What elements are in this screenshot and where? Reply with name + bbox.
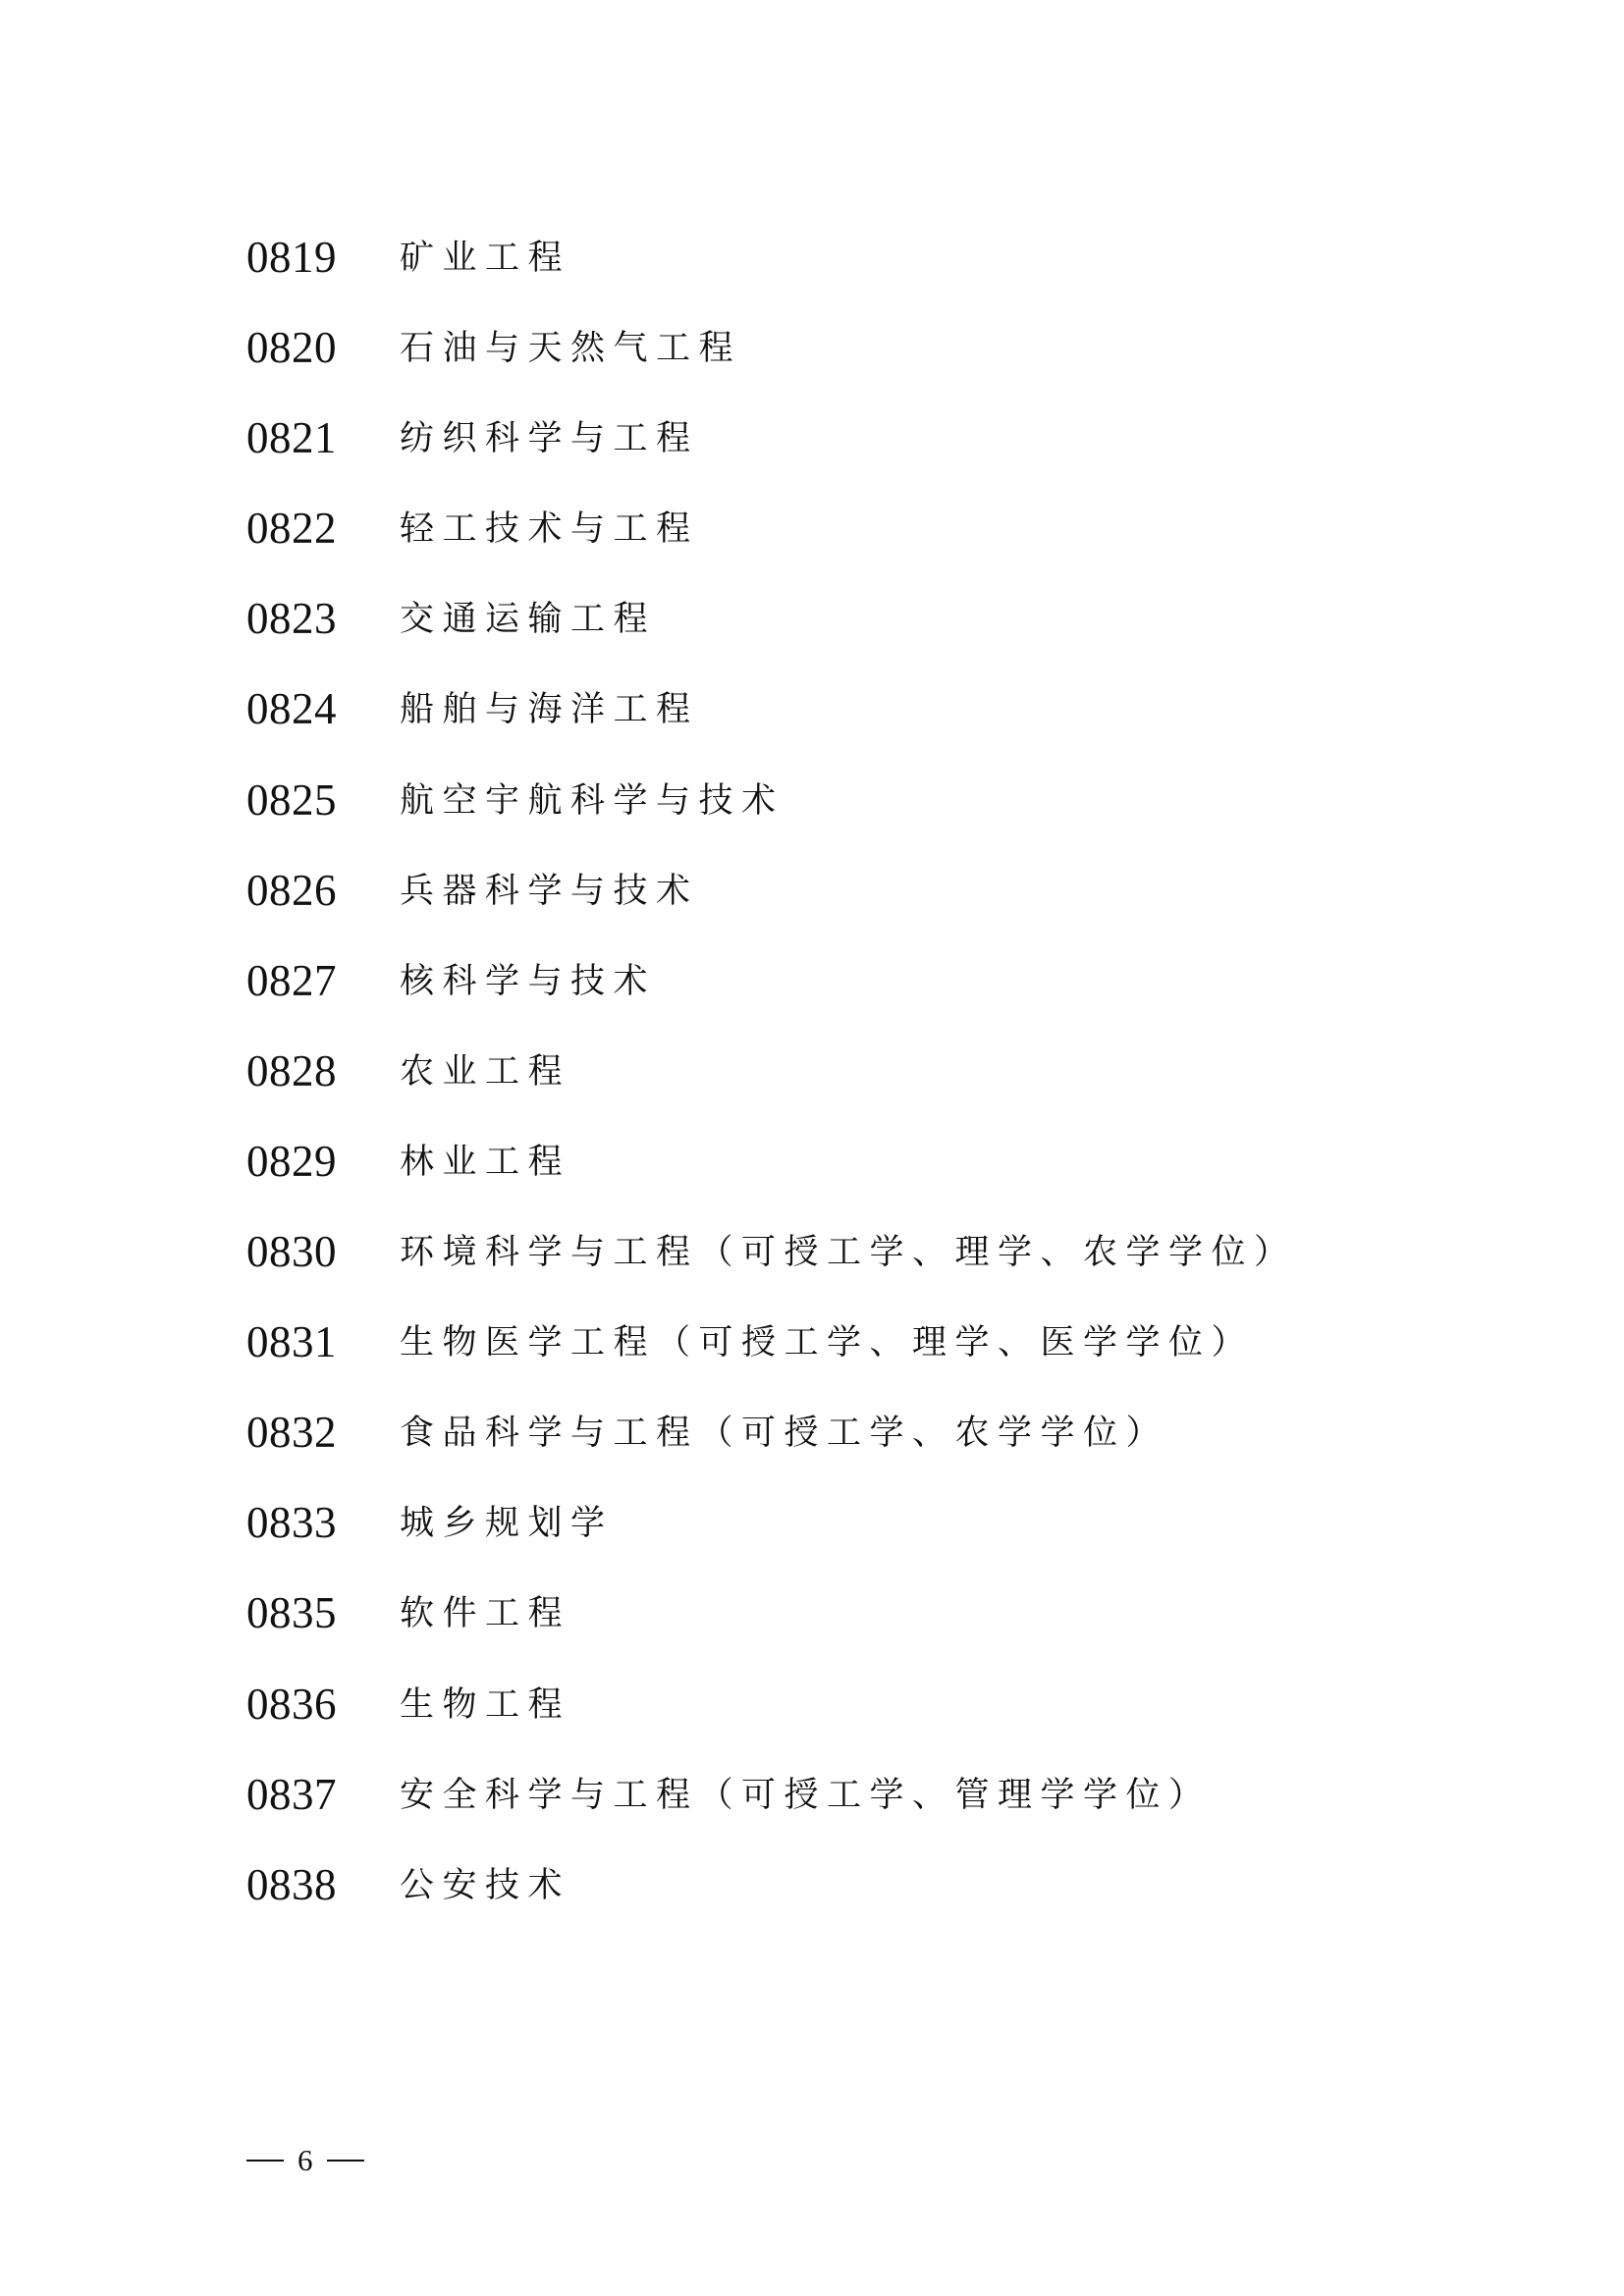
dash-right	[327, 2160, 364, 2162]
discipline-code: 0829	[246, 1136, 337, 1187]
discipline-code: 0825	[246, 774, 337, 826]
list-item: 0829 林业工程	[246, 1136, 1523, 1226]
discipline-name: 城乡规划学	[400, 1499, 614, 1548]
discipline-name: 生物医学工程（可授工学、理学、医学学位）	[400, 1318, 1254, 1367]
page-number-value: 6	[298, 2141, 313, 2180]
discipline-name: 交通运输工程	[400, 595, 656, 644]
discipline-code: 0837	[246, 1769, 337, 1820]
discipline-code: 0831	[246, 1316, 337, 1367]
discipline-code: 0822	[246, 503, 337, 554]
list-item: 0820 石油与天然气工程	[246, 322, 1523, 412]
list-item: 0821 纺织科学与工程	[246, 412, 1523, 503]
discipline-name: 航空宇航科学与技术	[400, 776, 785, 826]
list-item: 0822 轻工技术与工程	[246, 503, 1523, 593]
discipline-list: 0819 矿业工程 0820 石油与天然气工程 0821 纺织科学与工程 082…	[246, 232, 1523, 1949]
discipline-code: 0826	[246, 865, 337, 916]
discipline-name: 纺织科学与工程	[400, 414, 699, 463]
discipline-name: 公安技术	[400, 1861, 570, 1910]
dash-left	[246, 2160, 284, 2162]
list-item: 0836 生物工程	[246, 1679, 1523, 1769]
list-item: 0824 船舶与海洋工程	[246, 683, 1523, 774]
discipline-code: 0830	[246, 1226, 337, 1277]
discipline-name: 林业工程	[400, 1138, 570, 1187]
discipline-name: 船舶与海洋工程	[400, 685, 699, 734]
list-item: 0826 兵器科学与技术	[246, 865, 1523, 955]
list-item: 0819 矿业工程	[246, 232, 1523, 322]
discipline-code: 0838	[246, 1859, 337, 1910]
discipline-code: 0832	[246, 1407, 337, 1458]
list-item: 0825 航空宇航科学与技术	[246, 774, 1523, 865]
discipline-code: 0833	[246, 1497, 337, 1548]
discipline-code: 0828	[246, 1045, 337, 1096]
discipline-name: 矿业工程	[400, 234, 570, 283]
list-item: 0833 城乡规划学	[246, 1497, 1523, 1587]
list-item: 0838 公安技术	[246, 1859, 1523, 1949]
discipline-code: 0820	[246, 322, 337, 373]
discipline-code: 0827	[246, 955, 337, 1006]
discipline-name: 轻工技术与工程	[400, 505, 699, 554]
discipline-name: 软件工程	[400, 1589, 570, 1638]
discipline-name: 农业工程	[400, 1047, 570, 1096]
discipline-code: 0836	[246, 1679, 337, 1730]
discipline-name: 核科学与技术	[400, 957, 656, 1006]
list-item: 0830 环境科学与工程（可授工学、理学、农学学位）	[246, 1226, 1523, 1316]
discipline-name: 食品科学与工程（可授工学、农学学位）	[400, 1409, 1168, 1458]
discipline-code: 0819	[246, 232, 337, 283]
discipline-name: 安全科学与工程（可授工学、管理学学位）	[400, 1771, 1212, 1820]
list-item: 0823 交通运输工程	[246, 593, 1523, 683]
discipline-code: 0821	[246, 412, 337, 463]
list-item: 0832 食品科学与工程（可授工学、农学学位）	[246, 1407, 1523, 1497]
document-page: 0819 矿业工程 0820 石油与天然气工程 0821 纺织科学与工程 082…	[0, 0, 1624, 2296]
discipline-name: 兵器科学与技术	[400, 867, 699, 916]
discipline-name: 生物工程	[400, 1681, 570, 1730]
discipline-code: 0823	[246, 593, 337, 644]
list-item: 0827 核科学与技术	[246, 955, 1523, 1045]
list-item: 0831 生物医学工程（可授工学、理学、医学学位）	[246, 1316, 1523, 1407]
discipline-name: 石油与天然气工程	[400, 324, 741, 373]
list-item: 0837 安全科学与工程（可授工学、管理学学位）	[246, 1769, 1523, 1859]
discipline-name: 环境科学与工程（可授工学、理学、农学学位）	[400, 1228, 1297, 1277]
discipline-code: 0824	[246, 683, 337, 734]
page-number: 6	[246, 2141, 364, 2180]
discipline-code: 0835	[246, 1587, 337, 1638]
list-item: 0828 农业工程	[246, 1045, 1523, 1136]
list-item: 0835 软件工程	[246, 1587, 1523, 1678]
